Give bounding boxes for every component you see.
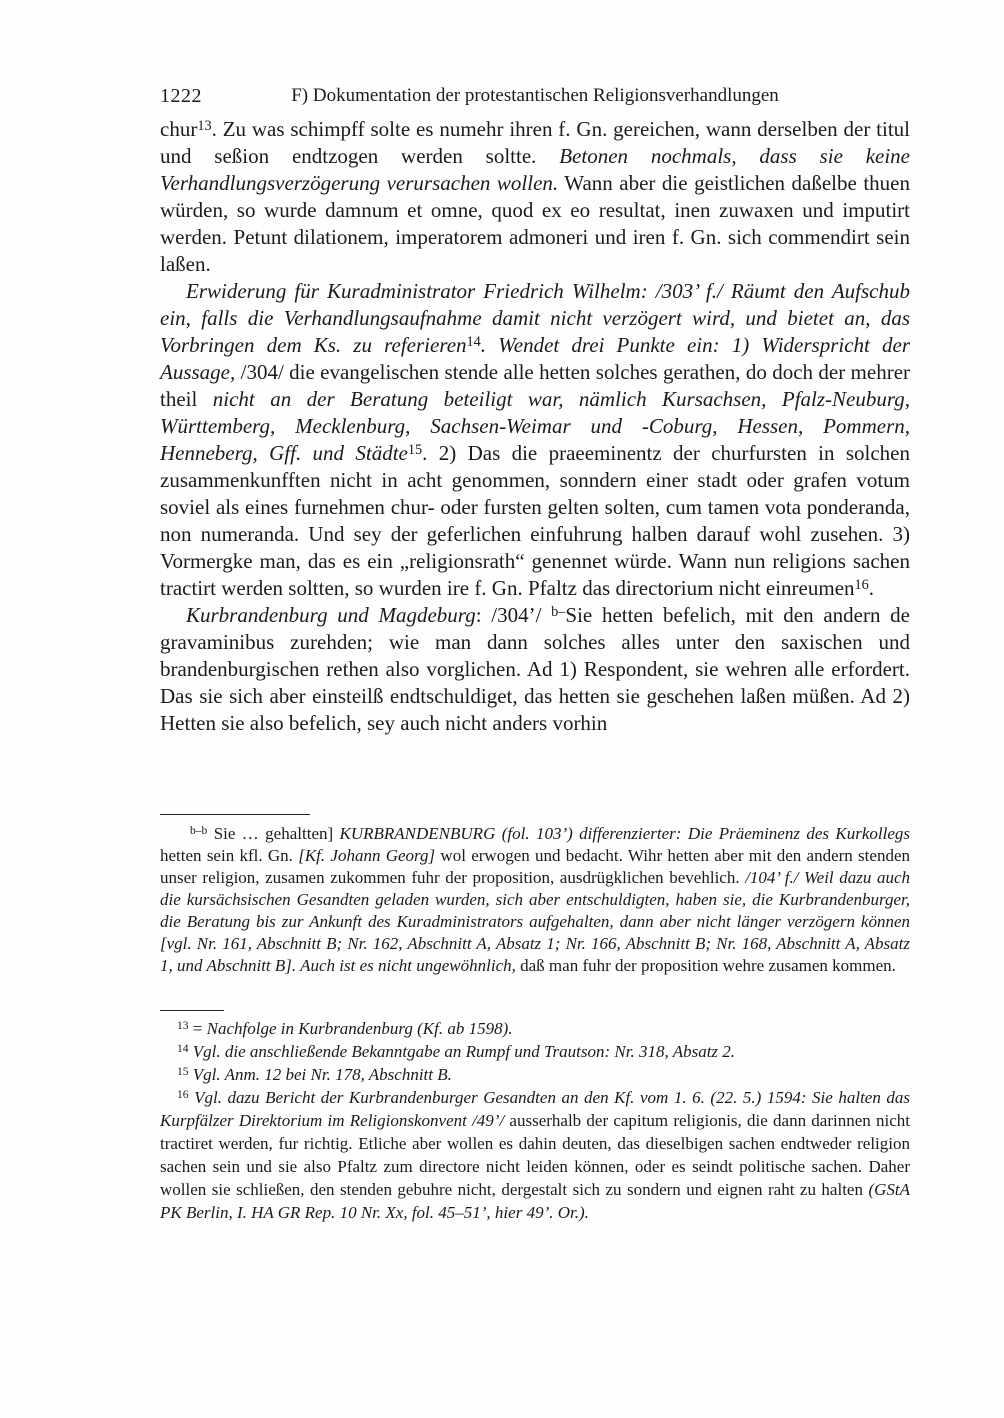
superscript-note-marker: 14 [467,334,481,350]
footnote-item: 13 = Nachfolge in Kurbrandenburg (Kf. ab… [160,1017,910,1040]
text-run: Kurbrandenburg und Magdeburg [186,603,476,627]
critical-apparatus: b–b Sie … gehaltten] KURBRANDENBURG (fol… [160,814,910,977]
superscript-note-marker: b– [551,604,565,620]
superscript-note-marker: 16 [177,1088,189,1101]
superscript-note-marker: 14 [177,1042,189,1055]
text-run: Vgl. Anm. 12 bei Nr. 178, Abschnitt B. [189,1065,452,1084]
superscript-note-marker: b–b [190,824,207,837]
text-run: daß man fuhr der proposition wehre zusam… [516,956,896,975]
text-run: Nachfolge in Kurbrandenburg (Kf. ab 1598… [207,1019,513,1038]
body-text: chur13. Zu was schimpff solte es numehr … [160,116,910,737]
superscript-note-marker: 13 [177,1019,189,1032]
body-paragraph: Kurbrandenburg und Magdeburg: /304’/ b–S… [160,602,910,737]
superscript-note-marker: 13 [197,118,211,134]
body-paragraph: Erwiderung für Kuradministrator Friedric… [160,278,910,602]
footnote-item: 15 Vgl. Anm. 12 bei Nr. 178, Abschnitt B… [160,1063,910,1086]
footnote-separator-rule [160,1010,224,1011]
text-run: [Kf. Johann Georg] [298,846,435,865]
running-title: F) Dokumentation der protestantischen Re… [160,84,910,108]
text-run: hetten sein kfl. Gn. [160,846,298,865]
text-run: = [189,1019,207,1038]
text-run: Vgl. die anschließende Bekanntgabe an Ru… [189,1042,735,1061]
text-run: chur [160,117,197,141]
page-number: 1222 [160,84,202,108]
superscript-note-marker: 15 [177,1065,189,1078]
superscript-note-marker: 16 [855,577,869,593]
apparatus-separator-rule [160,814,310,815]
text-run: KURBRANDENBURG (fol. 103’) differenziert… [340,824,910,843]
body-paragraph: chur13. Zu was schimpff solte es numehr … [160,116,910,278]
text-run: . [869,576,874,600]
book-page: 1222 F) Dokumentation der protestantisch… [0,0,1004,1418]
superscript-note-marker: 15 [408,442,422,458]
critical-apparatus-note: b–b Sie … gehaltten] KURBRANDENBURG (fol… [160,823,910,977]
footnote-item: 16 Vgl. dazu Bericht der Kurbrandenburge… [160,1086,910,1224]
text-run: Sie … gehaltten] [207,824,339,843]
page-header: 1222 F) Dokumentation der protestantisch… [160,84,910,108]
footnotes: 13 = Nachfolge in Kurbrandenburg (Kf. ab… [160,1010,910,1224]
text-run: : /304’/ [476,603,551,627]
footnote-item: 14 Vgl. die anschließende Bekanntgabe an… [160,1040,910,1063]
